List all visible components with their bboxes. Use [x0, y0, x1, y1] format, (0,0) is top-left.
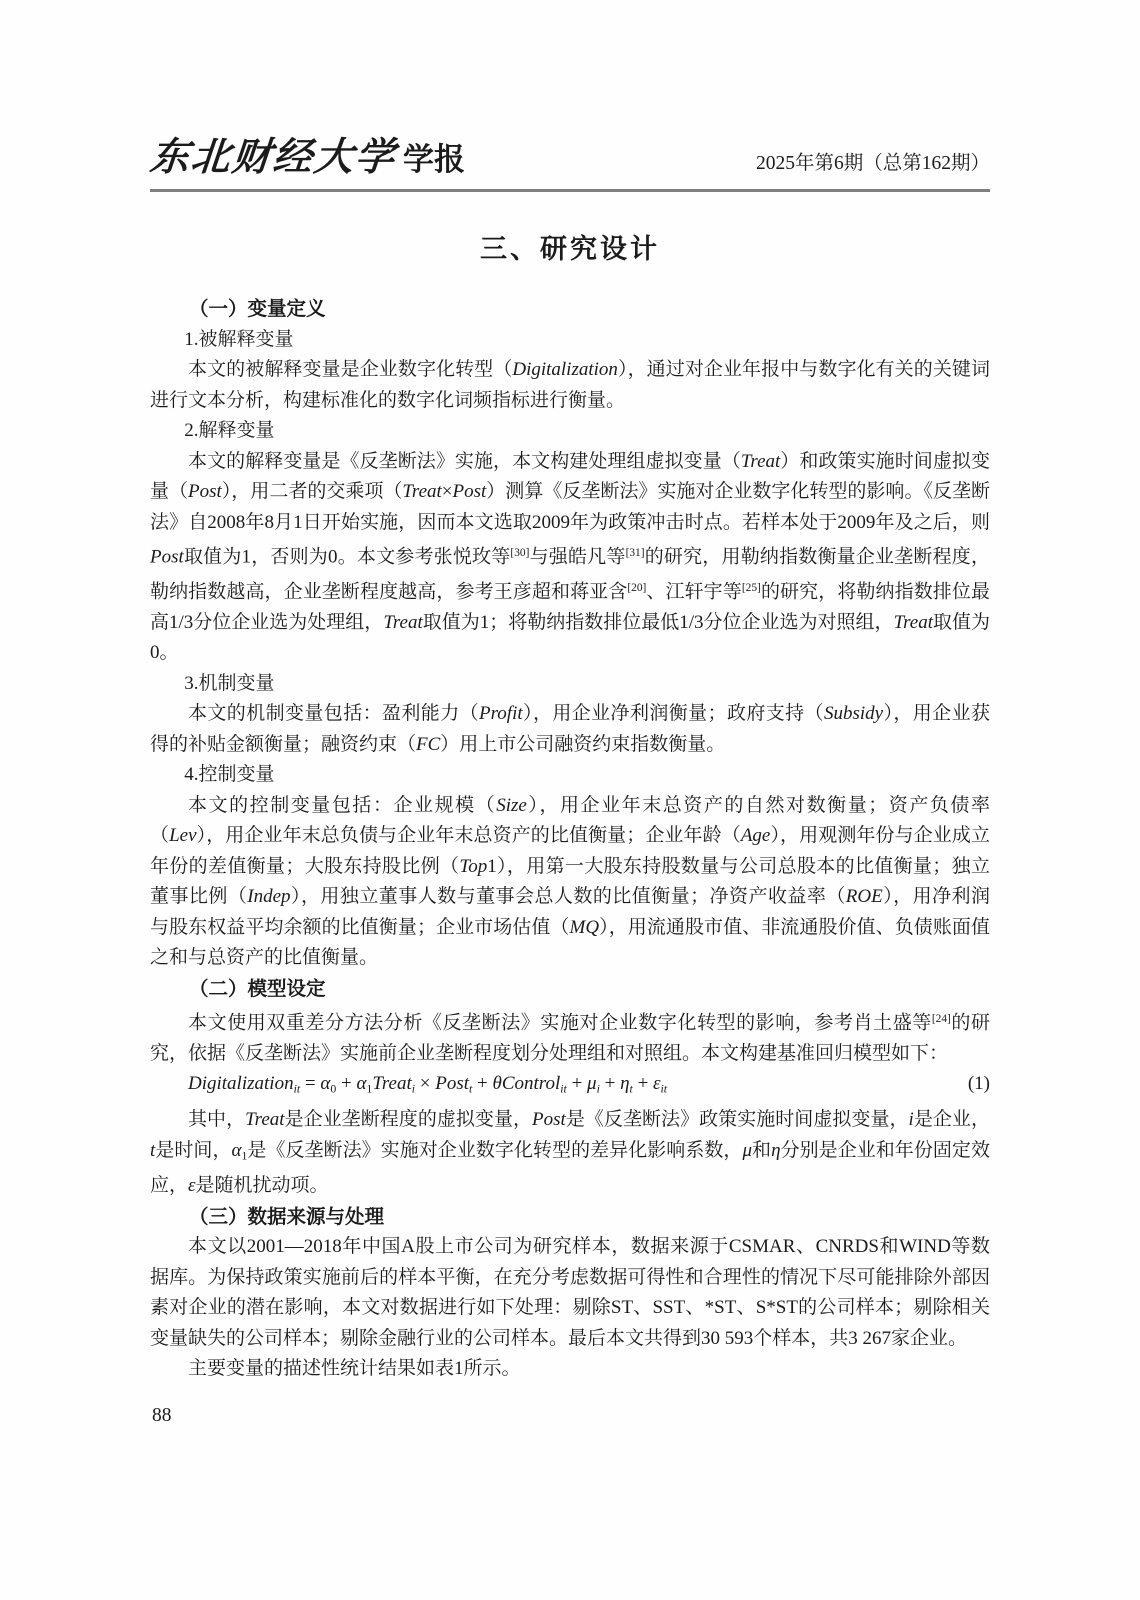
section-title: 三、研究设计: [150, 231, 990, 267]
subscript: it: [661, 1083, 668, 1096]
variable-name: Treat: [245, 1109, 284, 1130]
variable-name: η: [620, 1073, 629, 1094]
paragraph: 本文的解释变量是《反垄断法》实施，本文构建处理组虚拟变量（Treat）和政策实施…: [150, 447, 990, 669]
text-run: 本文的控制变量包括：企业规模（: [188, 795, 496, 816]
text-run: 是《反垄断法》实施对企业数字化转型的差异化影响系数，: [247, 1140, 742, 1161]
text-run: ×: [415, 1073, 435, 1094]
variable-name: Indep: [247, 886, 290, 907]
text-run: ×: [442, 481, 453, 502]
text-run: ），用二者的交乘项（: [222, 481, 403, 502]
citation-ref: [31]: [626, 547, 645, 559]
citation-ref: [30]: [510, 547, 529, 559]
variable-name: Age: [741, 825, 771, 846]
variable-name: Post: [188, 481, 222, 502]
text-run: 取值为1；将勒纳指数排位最低1/3分位企业选为对照组，: [423, 612, 894, 633]
text-run: 是《反垄断法》政策实施时间虚拟变量，: [566, 1109, 909, 1130]
text-run: 本文的被解释变量是企业数字化转型（: [188, 359, 512, 380]
text-run: （二）模型设定: [189, 978, 326, 1000]
text-run: 4.控制变量: [184, 764, 274, 785]
paragraph: 其中，Treat是企业垄断程度的虚拟变量，Post是《反垄断法》政策实施时间虚拟…: [150, 1105, 990, 1202]
paragraph: 本文以2001—2018年中国A股上市公司为研究样本，数据来源于CSMAR、CN…: [150, 1232, 990, 1354]
variable-name: FC: [416, 734, 440, 755]
variable-name: μ: [742, 1140, 752, 1161]
text-run: （三）数据来源与处理: [189, 1206, 384, 1228]
citation-ref: [24]: [932, 1013, 951, 1025]
equation-number: (1): [968, 1069, 990, 1100]
variable-name: Treat: [372, 1073, 411, 1094]
journal-logo: 东北财经大学 学报: [150, 138, 465, 177]
variable-name: Digitalization: [512, 359, 618, 380]
text-run: ）用上市公司融资约束指数衡量。: [440, 734, 725, 755]
text-run: 1.被解释变量: [184, 329, 293, 350]
numbered-subheading: 4.控制变量: [150, 760, 990, 791]
variable-name: μ: [587, 1073, 597, 1094]
text-run: +: [633, 1073, 653, 1094]
text-run: 本文的解释变量是《反垄断法》实施，本文构建处理组虚拟变量（: [188, 451, 741, 472]
variable-name: ROE: [846, 886, 883, 907]
text-run: 是时间，: [155, 1140, 231, 1161]
text-run: 是企业垄断程度的虚拟变量，: [285, 1109, 533, 1130]
numbered-subheading: 3.机制变量: [150, 669, 990, 700]
variable-name: Lev: [169, 825, 196, 846]
paragraph: 本文的被解释变量是企业数字化转型（Digitalization），通过对企业年报…: [150, 355, 990, 416]
text-run: +: [600, 1073, 620, 1094]
variable-name: Subsidy: [824, 703, 883, 724]
paragraph: 本文使用双重差分方法分析《反垄断法》实施对企业数字化转型的影响，参考肖土盛等[2…: [150, 1004, 990, 1069]
variable-name: MQ: [570, 917, 600, 938]
paragraph: 本文的机制变量包括：盈利能力（Profit），用企业净利润衡量；政府支持（Sub…: [150, 699, 990, 760]
article-body: （一）变量定义1.被解释变量本文的被解释变量是企业数字化转型（Digitaliz…: [150, 294, 990, 1385]
section-heading: （一）变量定义: [150, 294, 990, 325]
journal-logo-calligraphy: 东北财经大学: [148, 138, 397, 177]
issue-info: 2025年第6期（总第162期）: [756, 154, 990, 178]
citation-ref: [20]: [627, 582, 646, 594]
paragraph: 主要变量的描述性统计结果如表1所示。: [150, 1354, 990, 1385]
text-run: ），用独立董事人数与董事会总人数的比值衡量；净资产收益率（: [291, 886, 846, 907]
article-content: 三、研究设计 （一）变量定义1.被解释变量本文的被解释变量是企业数字化转型（Di…: [150, 231, 990, 1385]
text-run: 其中，: [188, 1109, 245, 1130]
text-run: 本文的机制变量包括：盈利能力（: [188, 703, 479, 724]
variable-name: Treat: [383, 612, 422, 633]
journal-logo-suffix: 学报: [403, 144, 465, 177]
page-header: 东北财经大学 学报 2025年第6期（总第162期）: [150, 138, 990, 177]
text-run: +: [336, 1073, 356, 1094]
text-run: 3.机制变量: [184, 673, 274, 694]
text-run: =: [300, 1073, 320, 1094]
text-run: 本文以2001—2018年中国A股上市公司为研究样本，数据来源于CSMAR、CN…: [150, 1236, 990, 1349]
variable-name: ε: [653, 1073, 661, 1094]
text-run: 是随机扰动项。: [196, 1175, 329, 1196]
variable-name: Post: [532, 1109, 566, 1130]
equation-expression: Digitalizationit = α0 + α1Treati × Postt…: [188, 1069, 667, 1105]
header-divider: [150, 189, 990, 192]
section-heading: （三）数据来源与处理: [150, 1202, 990, 1233]
variable-name: Digitalization: [188, 1073, 294, 1094]
variable-name: Profit: [479, 703, 523, 724]
variable-name: Post: [150, 546, 184, 567]
equation: Digitalizationit = α0 + α1Treati × Postt…: [150, 1069, 990, 1105]
text-run: 是企业，: [914, 1109, 990, 1130]
section-heading: （二）模型设定: [150, 974, 990, 1005]
citation-ref: [25]: [742, 582, 761, 594]
variable-name: α: [356, 1073, 366, 1094]
text-run: +: [567, 1073, 587, 1094]
variable-name: α: [320, 1073, 330, 1094]
variable-name: Treat: [741, 451, 780, 472]
numbered-subheading: 1.被解释变量: [150, 325, 990, 356]
text-run: 主要变量的描述性统计结果如表1所示。: [188, 1358, 521, 1379]
text-run: 2.解释变量: [184, 420, 274, 441]
journal-page: 东北财经大学 学报 2025年第6期（总第162期） 三、研究设计 （一）变量定…: [0, 0, 1140, 1600]
variable-name: Top: [459, 856, 487, 877]
text-run: ），用企业年末总负债与企业年末总资产的比值衡量；企业年龄（: [197, 825, 741, 846]
text-run: 本文使用双重差分方法分析《反垄断法》实施对企业数字化转型的影响，参考肖土盛等: [188, 1012, 932, 1033]
text-run: 和: [752, 1140, 771, 1161]
variable-name: Treat: [402, 481, 441, 502]
variable-name: α: [231, 1140, 241, 1161]
page-number: 88: [152, 1406, 172, 1426]
variable-name: Post: [453, 481, 487, 502]
text-run: ），用企业净利润衡量；政府支持（: [523, 703, 824, 724]
text-run: 取值为1，否则为0。本文参考张悦玫等: [184, 546, 511, 567]
paragraph: 本文的控制变量包括：企业规模（Size），用企业年末总资产的自然对数衡量；资产负…: [150, 791, 990, 974]
text-run: （一）变量定义: [189, 298, 326, 320]
variable-name: θControl: [493, 1073, 561, 1094]
variable-name: η: [771, 1140, 780, 1161]
variable-name: Post: [435, 1073, 469, 1094]
variable-name: ε: [188, 1175, 196, 1196]
variable-name: Treat: [894, 612, 933, 633]
text-run: 、江轩宇等: [646, 581, 742, 602]
variable-name: Size: [496, 795, 527, 816]
numbered-subheading: 2.解释变量: [150, 416, 990, 447]
text-run: 与强皓凡等: [529, 546, 625, 567]
text-run: +: [472, 1073, 492, 1094]
